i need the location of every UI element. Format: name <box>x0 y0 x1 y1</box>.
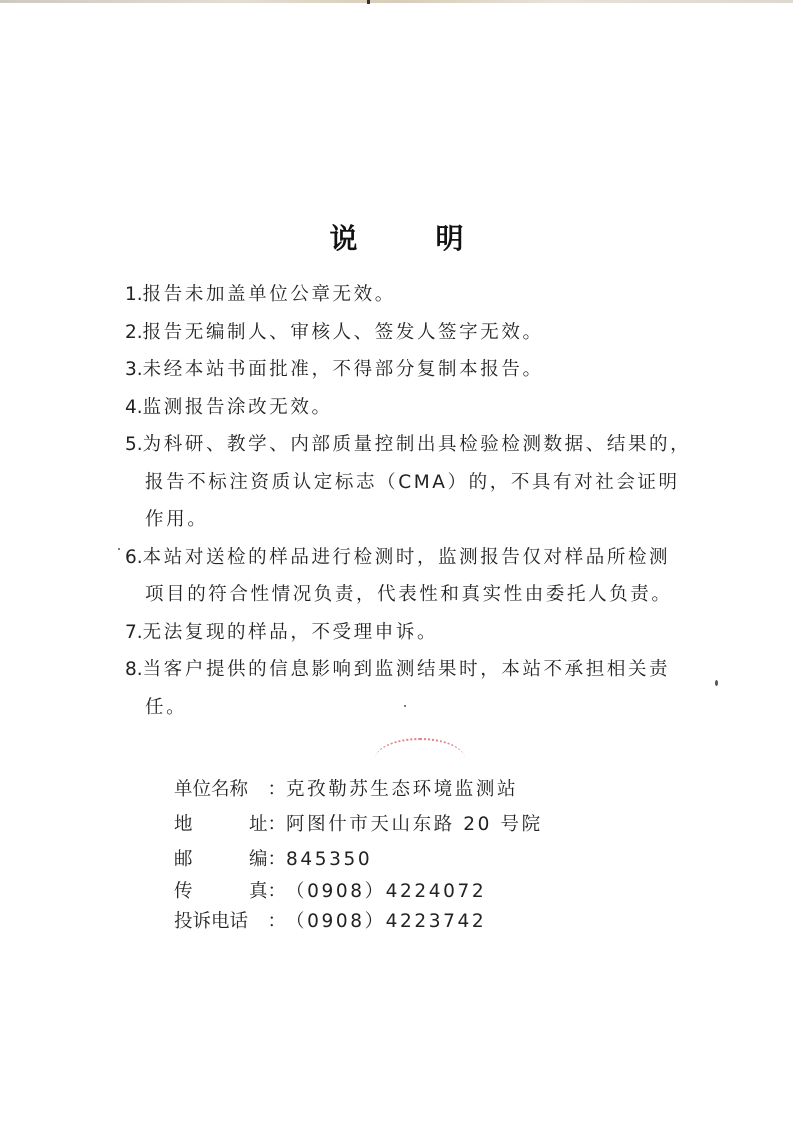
unit-name-row: 单位名称： 克孜勒苏生态环境监测站 <box>174 772 543 807</box>
address-value: 阿图什市天山东路 20 号院 <box>286 807 543 842</box>
postcode-row: 邮编： 845350 <box>174 842 543 877</box>
scan-mark <box>367 0 370 4</box>
notes-list: 1.报告未加盖单位公章无效。 2.报告无编制人、审核人、签发人签字无效。 3.未… <box>125 276 705 726</box>
scan-speck <box>118 548 120 550</box>
note-number: 4. <box>125 397 143 418</box>
fax-label: 传真： <box>174 877 286 907</box>
scan-speck <box>715 680 718 686</box>
note-text: 报告无编制人、审核人、签发人签字无效。 <box>143 322 544 343</box>
scan-speck <box>148 448 150 450</box>
postcode-label: 邮编： <box>174 842 286 877</box>
note-item-2: 2.报告无编制人、审核人、签发人签字无效。 <box>125 314 705 352</box>
note-number: 5. <box>125 434 143 455</box>
note-item-8: 8.当客户提供的信息影响到监测结果时，本站不承担相关责 任。 <box>125 651 705 726</box>
note-text: 报告未加盖单位公章无效。 <box>143 284 396 305</box>
note-text: 本站对送检的样品进行检测时，监测报告仅对样品所检测 <box>143 547 671 568</box>
unit-name-label: 单位名称： <box>174 772 286 807</box>
postcode-value: 845350 <box>286 842 372 877</box>
note-text-continued: 报告不标注资质认定标志（CMA）的，不具有对社会证明 <box>125 464 705 502</box>
note-text-continued: 项目的符合性情况负责，代表性和真实性由委托人负责。 <box>125 576 705 614</box>
note-item-7: 7.无法复现的样品，不受理申诉。 <box>125 614 705 652</box>
note-text-continued: 作用。 <box>125 501 705 539</box>
unit-name-value: 克孜勒苏生态环境监测站 <box>286 772 518 807</box>
note-text-continued: 任。 <box>125 689 705 727</box>
note-item-6: 6.本站对送检的样品进行检测时，监测报告仅对样品所检测 项目的符合性情况负责，代… <box>125 539 705 614</box>
scan-speck <box>404 705 406 707</box>
note-item-3: 3.未经本站书面批准，不得部分复制本报告。 <box>125 351 705 389</box>
note-text: 监测报告涂改无效。 <box>143 397 333 418</box>
complaint-phone-value: （0908）4223742 <box>286 907 486 937</box>
note-number: 2. <box>125 322 143 343</box>
fax-value: （0908）4224072 <box>286 877 486 907</box>
contact-info: 单位名称： 克孜勒苏生态环境监测站 地址： 阿图什市天山东路 20 号院 邮编：… <box>174 772 543 937</box>
note-number: 3. <box>125 359 143 380</box>
note-number: 8. <box>125 659 143 680</box>
note-item-5: 5.为科研、教学、内部质量控制出具检验检测数据、结果的， 报告不标注资质认定标志… <box>125 426 705 539</box>
note-text: 未经本站书面批准，不得部分复制本报告。 <box>143 359 544 380</box>
complaint-phone-label: 投诉电话： <box>174 907 286 937</box>
scan-top-edge <box>0 0 793 3</box>
note-number: 7. <box>125 622 143 643</box>
title-char-2: 明 <box>436 217 464 257</box>
note-text: 当客户提供的信息影响到监测结果时，本站不承担相关责 <box>143 659 671 680</box>
address-label: 地址： <box>174 807 286 842</box>
fax-row: 传真： （0908）4224072 <box>174 877 543 907</box>
complaint-phone-row: 投诉电话： （0908）4223742 <box>174 907 543 937</box>
address-row: 地址： 阿图什市天山东路 20 号院 <box>174 807 543 842</box>
note-number: 1. <box>125 284 143 305</box>
note-text: 无法复现的样品，不受理申诉。 <box>143 622 438 643</box>
note-number: 6. <box>125 547 143 568</box>
note-text: 为科研、教学、内部质量控制出具检验检测数据、结果的， <box>143 434 692 455</box>
note-item-1: 1.报告未加盖单位公章无效。 <box>125 276 705 314</box>
page-title: 说明 <box>0 217 793 257</box>
note-item-4: 4.监测报告涂改无效。 <box>125 389 705 427</box>
title-char-1: 说 <box>329 217 357 257</box>
